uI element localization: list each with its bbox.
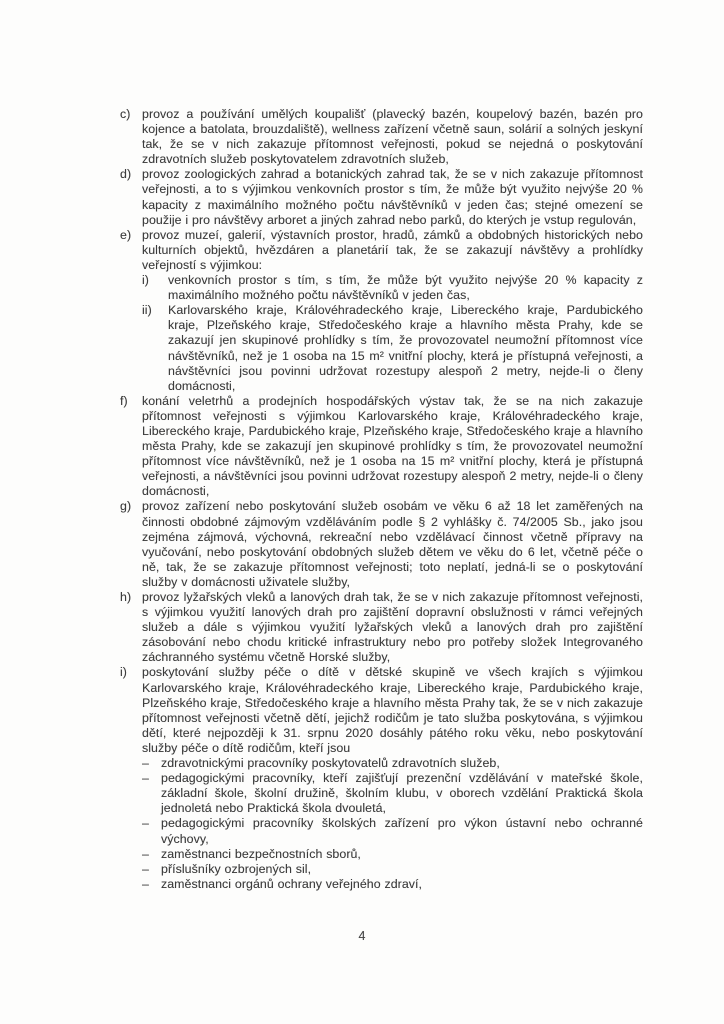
item-text: konání veletrhů a prodejních hospodářský… [142,394,643,499]
sub-item-text: venkovních prostor s tím, s tím, že může… [168,273,643,302]
item-marker: g) [120,499,131,514]
sub-item-text: Karlovarského kraje, Královéhradeckého k… [168,303,643,392]
dash-item: –zaměstnanci bezpečnostních sborů, [142,847,643,862]
dash-marker: – [142,862,149,877]
item-text: provoz lyžařských vleků a lanových drah … [142,590,643,664]
item-marker: c) [120,107,130,122]
item-text: provoz a používání umělých koupališť (pl… [142,107,643,166]
dash-item-text: zaměstnanci bezpečnostních sborů, [161,847,361,861]
list-item-c: c)provoz a používání umělých koupališť (… [120,107,643,167]
sub-item-marker: i) [142,273,149,288]
dash-item: –zaměstnanci orgánů ochrany veřejného zd… [142,877,643,892]
dash-marker: – [142,847,149,862]
document-body: c)provoz a používání umělých koupališť (… [120,107,643,892]
sub-item-ii: ii)Karlovarského kraje, Královéhradeckéh… [142,303,643,394]
item-text: provoz zařízení nebo poskytování služeb … [142,499,643,588]
item-marker: h) [120,590,131,605]
list-item-e: e)provoz muzeí, galerií, výstavních pros… [120,228,643,394]
item-marker: e) [120,228,131,243]
dash-item: –pedagogickými pracovníky, kteří zajišťu… [142,771,643,816]
list-item-f: f)konání veletrhů a prodejních hospodářs… [120,394,643,500]
dash-item-text: pedagogickými pracovníky, kteří zajišťuj… [161,771,643,815]
item-text: provoz zoologických zahrad a botanických… [142,167,643,226]
dash-item: –pedagogickými pracovníky školských zaří… [142,816,643,846]
page-number: 4 [0,929,724,943]
list-item-h: h)provoz lyžařských vleků a lanových dra… [120,590,643,665]
list-item-d: d)provoz zoologických zahrad a botanický… [120,167,643,227]
dash-item: –příslušníky ozbrojených sil, [142,862,643,877]
dash-item-text: pedagogickými pracovníky školských zaříz… [161,816,643,845]
dash-marker: – [142,877,149,892]
sub-item-i: i)venkovních prostor s tím, s tím, že mů… [142,273,643,303]
item-text: poskytování služby péče o dítě v dětské … [142,665,643,754]
item-marker: i) [120,665,127,680]
dash-item-text: příslušníky ozbrojených sil, [161,862,311,876]
list-item-i: i)poskytování služby péče o dítě v dětsk… [120,665,643,891]
dash-item-text: zdravotnickými pracovníky poskytovatelů … [161,756,500,770]
dash-marker: – [142,756,149,771]
item-text: provoz muzeí, galerií, výstavních prosto… [142,228,643,272]
scanned-page: c)provoz a používání umělých koupališť (… [0,0,724,1024]
sub-item-marker: ii) [142,303,152,318]
dash-marker: – [142,771,149,786]
dash-marker: – [142,816,149,831]
item-marker: d) [120,167,131,182]
item-marker: f) [120,394,128,409]
dash-item-text: zaměstnanci orgánů ochrany veřejného zdr… [161,877,422,891]
dash-item: –zdravotnickými pracovníky poskytovatelů… [142,756,643,771]
list-item-g: g)provoz zařízení nebo poskytování služe… [120,499,643,590]
